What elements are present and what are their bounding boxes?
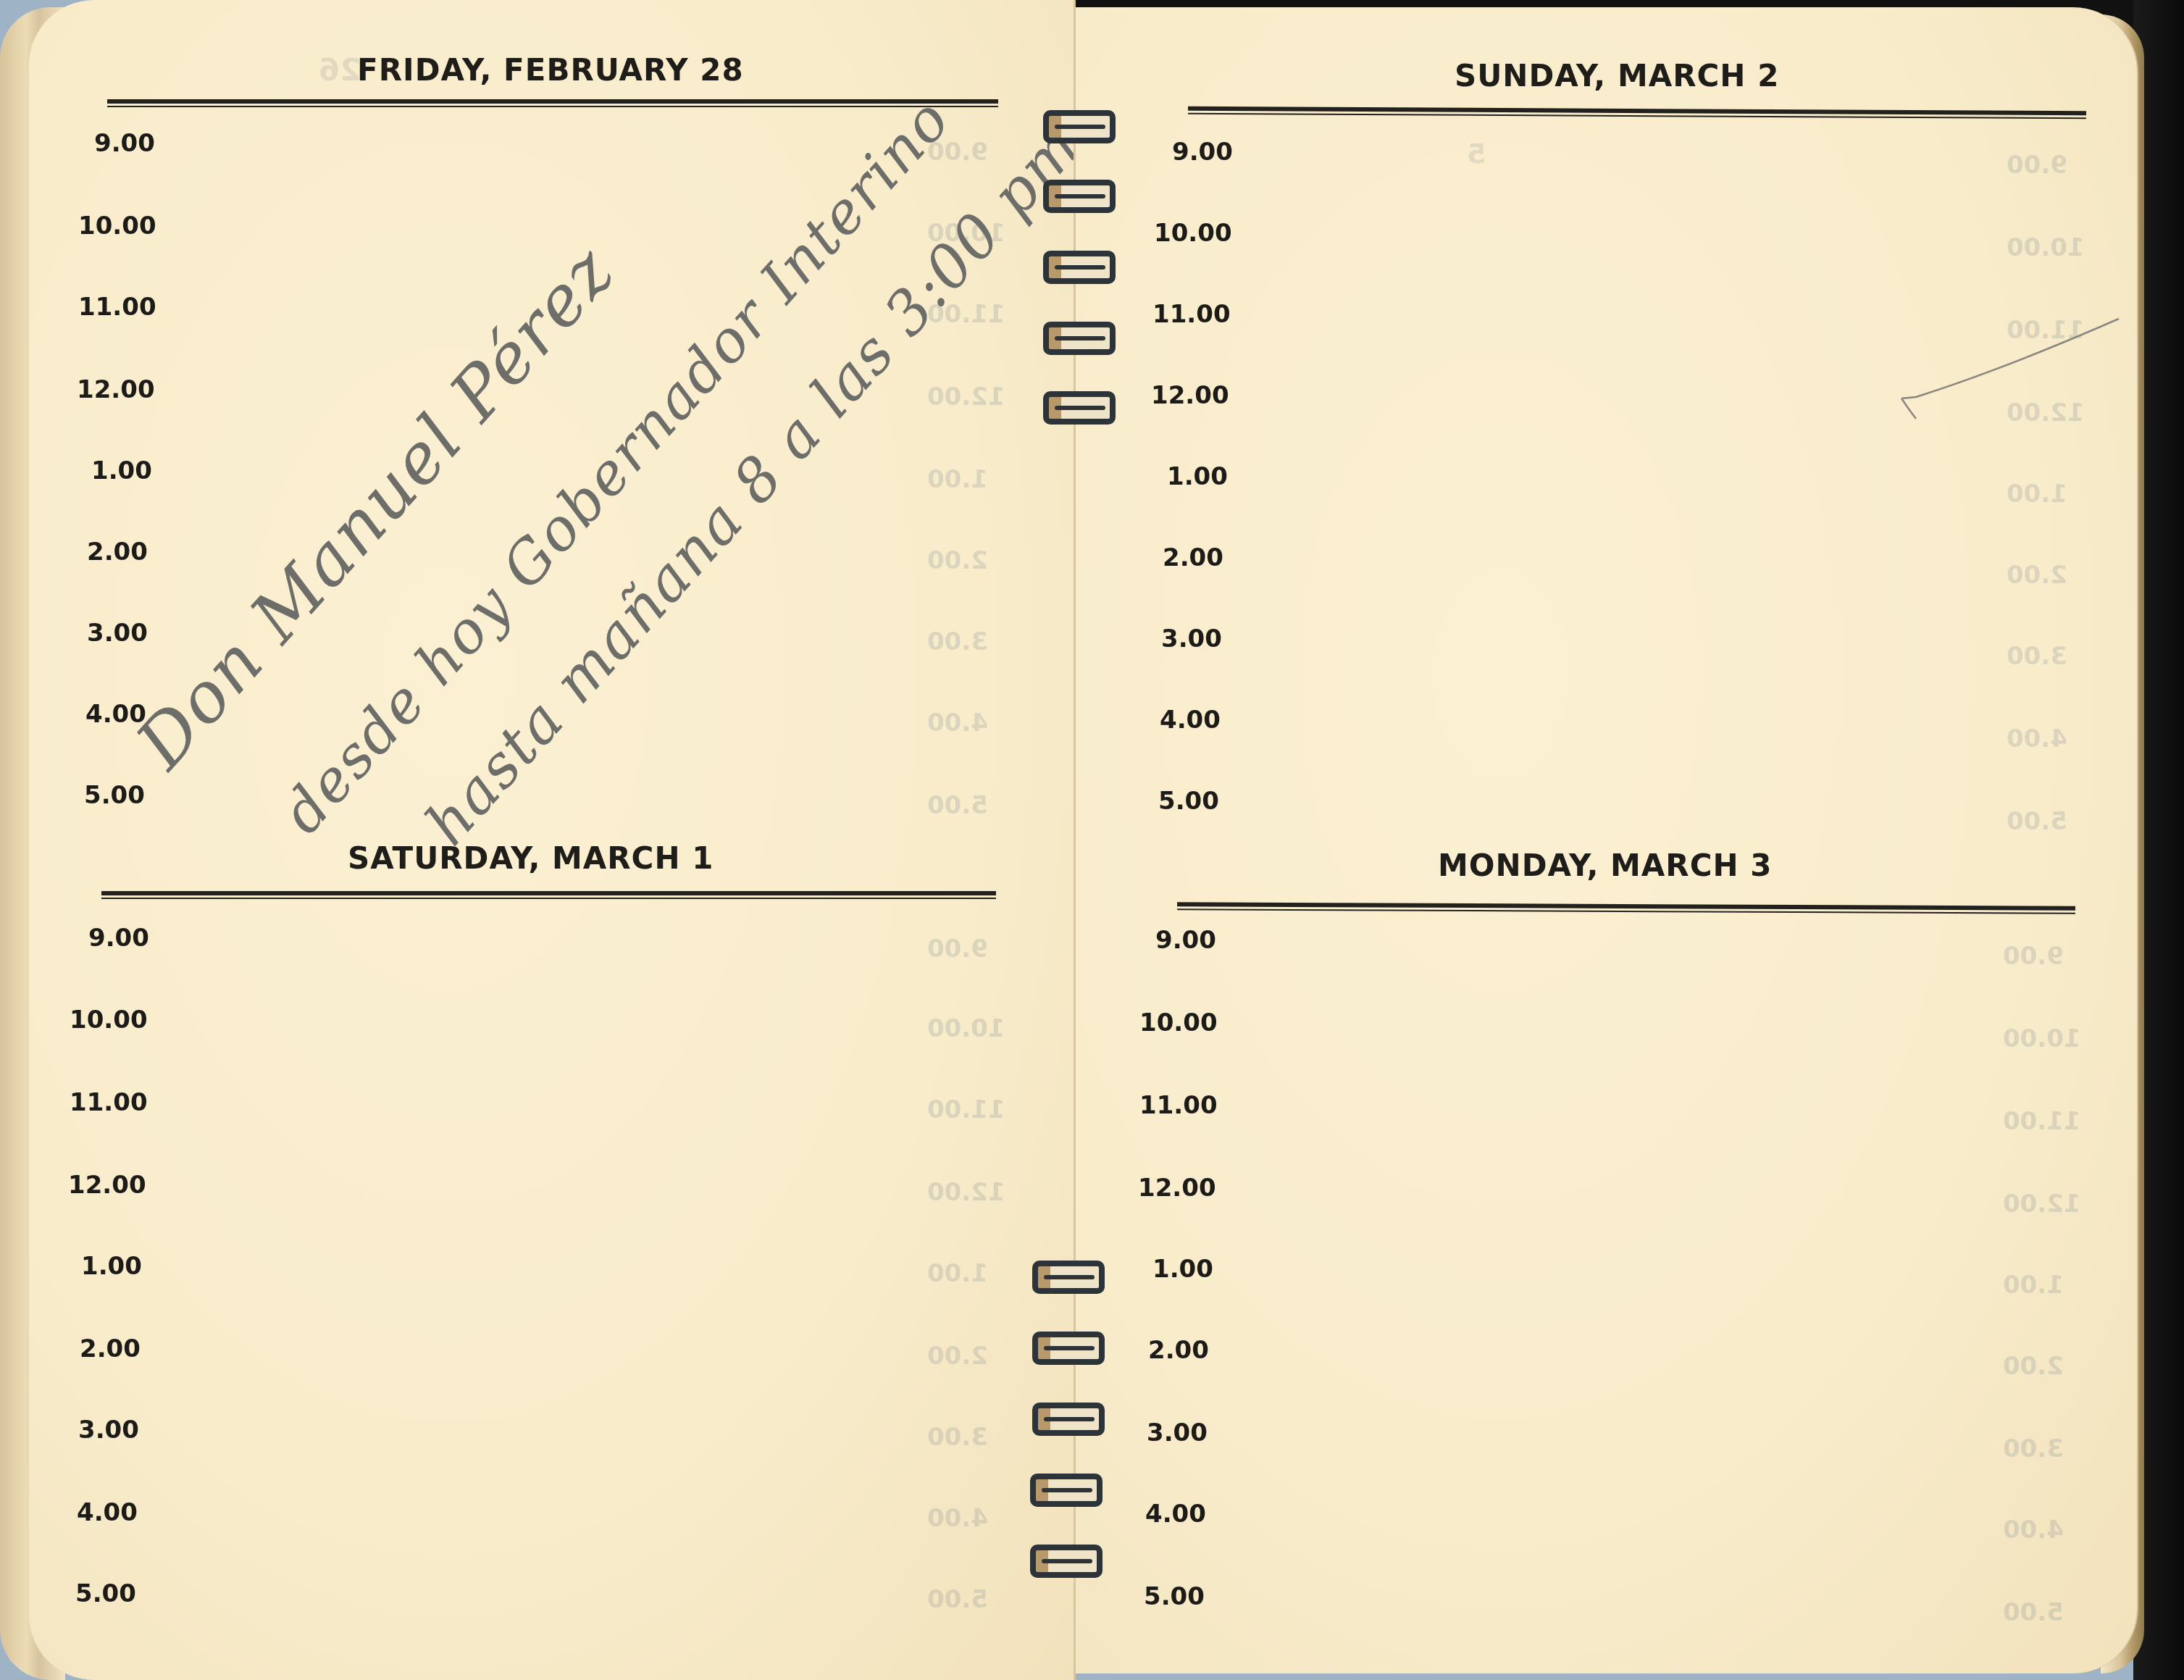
bleed-through-time: 11.00 (927, 1095, 1005, 1124)
time-slot-label: 3.00 (1161, 624, 1222, 653)
heading-rule (107, 99, 998, 106)
bleed-through-time: 4.00 (927, 1504, 988, 1533)
bleed-through-time: 3.00 (927, 627, 988, 656)
day-heading-saturday: SATURDAY, MARCH 1 (348, 840, 714, 876)
bleed-through-time: 4.00 (927, 709, 988, 737)
time-slot-label: 12.00 (68, 1171, 146, 1200)
spiral-ring-icon (1032, 1403, 1105, 1436)
time-slot-label: 1.00 (91, 456, 152, 485)
day-heading-monday: MONDAY, MARCH 3 (1438, 848, 1773, 883)
bleed-through-time: 11.00 (2003, 1107, 2081, 1136)
time-slot-label: 5.00 (84, 781, 145, 810)
time-slot-label: 2.00 (1148, 1336, 1209, 1365)
bleed-through-time: 12.00 (927, 1178, 1005, 1207)
bleed-through-time: 1.00 (2007, 480, 2067, 509)
bleed-through-time: 10.00 (2007, 233, 2085, 262)
time-slot-label: 5.00 (1158, 787, 1219, 816)
bleed-through-time: 10.00 (927, 1014, 1005, 1043)
time-slot-label: 12.00 (1138, 1174, 1216, 1203)
bleed-through-heading: 5 (1467, 138, 1486, 170)
day-heading-friday: FRIDAY, FEBRUARY 28 (357, 52, 744, 88)
time-slot-label: 3.00 (78, 1416, 139, 1445)
time-slot-label: 9.00 (1172, 138, 1233, 167)
spiral-ring-icon (1043, 180, 1116, 213)
time-slot-label: 4.00 (77, 1498, 138, 1527)
bleed-through-time: 5.00 (927, 1585, 988, 1614)
bleed-through-time: 12.00 (927, 383, 1005, 411)
spiral-ring-icon (1030, 1545, 1103, 1578)
spiral-ring-icon (1032, 1261, 1105, 1294)
spiral-ring-icon (1043, 391, 1116, 425)
spiral-ring-icon (1032, 1332, 1105, 1365)
bleed-through-time: 12.00 (2003, 1190, 2081, 1219)
bleed-through-time: 4.00 (2007, 724, 2067, 753)
bleed-through-time: 9.00 (2007, 151, 2067, 180)
time-slot-label: 1.00 (1167, 462, 1228, 491)
time-slot-label: 1.00 (81, 1252, 142, 1281)
spiral-ring-icon (1043, 251, 1116, 284)
time-slot-label: 2.00 (87, 538, 148, 567)
time-slot-label: 10.00 (78, 212, 156, 241)
bleed-through-time: 1.00 (2003, 1271, 2064, 1300)
bleed-through-time: 10.00 (2003, 1024, 2081, 1053)
time-slot-label: 4.00 (1160, 706, 1221, 735)
time-slot-label: 10.00 (70, 1006, 148, 1035)
heading-rule (1188, 106, 2086, 118)
time-slot-label: 1.00 (1152, 1255, 1213, 1284)
spiral-ring-icon (1043, 110, 1116, 143)
left-page: 26 FRIDAY, FEBRUARY 28 9.00 10.00 11.00 … (29, 0, 1076, 1680)
time-slot-label: 9.00 (88, 924, 149, 953)
time-slot-label: 12.00 (1151, 381, 1229, 410)
pencil-stray-mark (1894, 312, 2126, 420)
bleed-through-time: 5.00 (2003, 1598, 2064, 1627)
heading-rule (1177, 902, 2075, 913)
bleed-through-time: 1.00 (927, 1259, 988, 1288)
time-slot-label: 12.00 (77, 375, 155, 404)
bleed-through-time: 2.00 (927, 546, 988, 575)
bleed-through-time: 5.00 (2007, 807, 2067, 836)
time-slot-label: 9.00 (1155, 926, 1216, 955)
time-slot-label: 11.00 (70, 1088, 148, 1117)
bleed-through-time: 5.00 (927, 791, 988, 820)
time-slot-label: 10.00 (1139, 1008, 1218, 1037)
time-slot-label: 2.00 (80, 1334, 141, 1363)
time-slot-label: 5.00 (75, 1579, 136, 1608)
bleed-through-time: 3.00 (2007, 642, 2067, 671)
time-slot-label: 2.00 (1163, 543, 1223, 572)
handwritten-note-line: hasta mañana 8 a las 3:00 pm (412, 112, 1094, 858)
time-slot-label: 3.00 (1147, 1418, 1208, 1447)
bleed-through-time: 9.00 (927, 935, 988, 964)
bleed-through-time: 2.00 (2003, 1352, 2064, 1381)
bleed-through-time: 2.00 (927, 1342, 988, 1371)
spiral-ring-icon (1043, 322, 1116, 355)
time-slot-label: 4.00 (1145, 1500, 1206, 1529)
bleed-through-time: 9.00 (2003, 942, 2064, 971)
time-slot-label: 5.00 (1144, 1582, 1205, 1611)
time-slot-label: 3.00 (87, 619, 148, 648)
spiral-ring-icon (1030, 1474, 1103, 1507)
time-slot-label: 9.00 (94, 129, 155, 158)
right-page: 5 SUNDAY, MARCH 2 9.00 10.00 11.00 12.00… (1076, 7, 2138, 1673)
time-slot-label: 11.00 (1152, 300, 1231, 329)
time-slot-label: 11.00 (78, 293, 156, 322)
bleed-through-time: 2.00 (2007, 561, 2067, 590)
time-slot-label: 11.00 (1139, 1091, 1218, 1120)
time-slot-label: 10.00 (1154, 219, 1232, 248)
bleed-through-time: 3.00 (2003, 1434, 2064, 1463)
bleed-through-time: 3.00 (927, 1423, 988, 1452)
bleed-through-time: 4.00 (2003, 1516, 2064, 1545)
bleed-through-time: 1.00 (927, 465, 988, 494)
bleed-through-heading: 26 (319, 52, 361, 88)
heading-rule (101, 891, 996, 898)
day-heading-sunday: SUNDAY, MARCH 2 (1455, 58, 1779, 93)
